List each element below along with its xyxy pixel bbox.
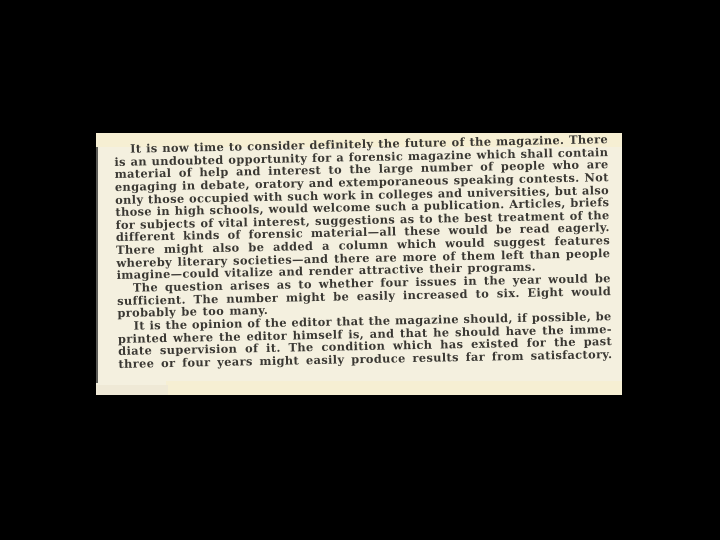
clipping-left-edge — [96, 147, 98, 383]
clipping-text: It is now time to consider definitely th… — [114, 133, 612, 370]
newspaper-clipping: It is now time to consider definitely th… — [96, 133, 622, 395]
clipping-bottom-left-margin — [96, 385, 168, 395]
clipping-bottom-margin — [166, 381, 622, 395]
screen: It is now time to consider definitely th… — [0, 0, 720, 540]
